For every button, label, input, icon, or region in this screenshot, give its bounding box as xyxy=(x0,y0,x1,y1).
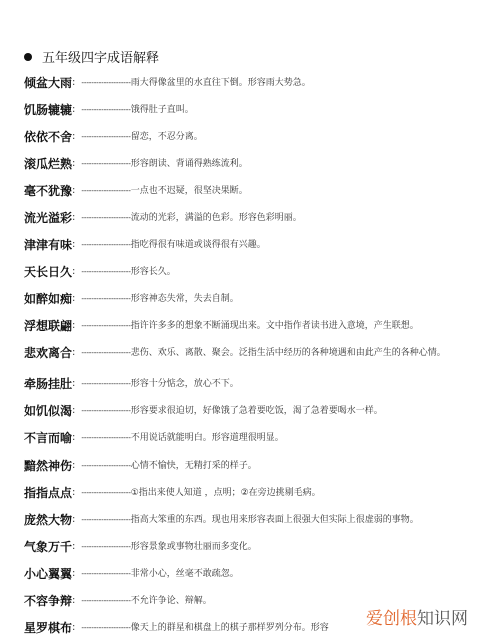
idiom-definition: 雨大得像盆里的水直往下倒。形容雨大势急。 xyxy=(131,75,311,91)
idiom-term: 流光溢彩 xyxy=(24,210,72,226)
dash-leader: -------------------- xyxy=(81,318,130,334)
dash-leader: -------------------- xyxy=(81,430,130,446)
dash-leader: -------------------- xyxy=(81,458,130,474)
idiom-term: 星罗棋布 xyxy=(24,620,72,636)
idiom-entry: 星罗棋布:--------------------像天上的群星和棋盘上的棋子那样… xyxy=(24,620,329,636)
idiom-definition: 形容要求很迫切，好像饿了急着要吃饭，渴了急着要喝水一样。 xyxy=(131,403,383,419)
dash-leader: -------------------- xyxy=(81,345,130,361)
idiom-entry: 天长日久:--------------------形容长久。 xyxy=(24,264,176,280)
idiom-definition: 不允许争论、辩解。 xyxy=(131,593,212,609)
document-page: 五年级四字成语解释 倾盆大雨:--------------------雨大得像盆… xyxy=(0,0,500,636)
dash-leader: -------------------- xyxy=(81,620,130,636)
watermark: 爱创根知识网 xyxy=(364,604,470,629)
idiom-entry: 不容争辩:--------------------不允许争论、辩解。 xyxy=(24,593,212,609)
dash-leader: -------------------- xyxy=(81,403,130,419)
idiom-term: 津津有味 xyxy=(24,237,72,253)
separator: : xyxy=(72,458,75,474)
idiom-term: 不言而喻 xyxy=(24,430,72,446)
dash-leader: -------------------- xyxy=(81,291,130,307)
separator: : xyxy=(72,75,75,91)
dash-leader: -------------------- xyxy=(81,129,130,145)
dash-leader: -------------------- xyxy=(81,102,130,118)
idiom-definition: 形容长久。 xyxy=(131,264,176,280)
separator: : xyxy=(72,183,75,199)
idiom-entry: 流光溢彩:--------------------流动的光彩，满溢的色彩。形容色… xyxy=(24,210,302,226)
idiom-entry: 黯然神伤:--------------------心情不愉快，无精打采的样子。 xyxy=(24,458,257,474)
dash-leader: -------------------- xyxy=(81,539,130,555)
idiom-definition: 指吃得很有味道或谈得很有兴趣。 xyxy=(131,237,266,253)
separator: : xyxy=(72,512,75,528)
section-heading: 五年级四字成语解释 xyxy=(24,47,159,66)
idiom-term: 滚瓜烂熟 xyxy=(24,156,72,172)
idiom-term: 悲欢离合 xyxy=(24,345,72,361)
idiom-term: 依依不舍 xyxy=(24,129,72,145)
dash-leader: -------------------- xyxy=(81,376,130,392)
idiom-definition: 留恋，不忍分离。 xyxy=(131,129,203,145)
dash-leader: -------------------- xyxy=(81,593,130,609)
separator: : xyxy=(72,430,75,446)
separator: : xyxy=(72,539,75,555)
idiom-definition: 一点也不迟疑，很坚决果断。 xyxy=(131,183,248,199)
idiom-definition: 非常小心，丝毫不敢疏忽。 xyxy=(131,566,239,582)
idiom-definition: 指高大笨重的东西。现也用来形容表面上很强大但实际上很虚弱的事物。 xyxy=(131,512,419,528)
idiom-entry: 庞然大物:--------------------指高大笨重的东西。现也用来形容… xyxy=(24,512,419,528)
separator: : xyxy=(72,485,75,501)
idiom-entry: 倾盆大雨:--------------------雨大得像盆里的水直往下倒。形容… xyxy=(24,75,311,91)
idiom-entry: 小心翼翼:--------------------非常小心，丝毫不敢疏忽。 xyxy=(24,566,239,582)
idiom-entry: 悲欢离合:--------------------悲伤、欢乐、离散、聚会。泛指生… xyxy=(24,345,461,364)
idiom-entry: 浮想联翩:--------------------指许许多多的想象不断涌现出来。… xyxy=(24,318,419,334)
idiom-term: 倾盆大雨 xyxy=(24,75,72,91)
dash-leader: -------------------- xyxy=(81,485,130,501)
dash-leader: -------------------- xyxy=(81,512,130,528)
idiom-entry: 不言而喻:--------------------不用说话就能明白。形容道理很明… xyxy=(24,430,284,446)
idiom-definition: 像天上的群星和棋盘上的棋子那样罗列分布。形容 xyxy=(131,620,329,636)
dash-leader: -------------------- xyxy=(81,156,130,172)
idiom-term: 天长日久 xyxy=(24,264,72,280)
idiom-entry: 牵肠挂肚:--------------------形容十分惦念，放心不下。 xyxy=(24,376,239,392)
separator: : xyxy=(72,129,75,145)
idiom-term: 气象万千 xyxy=(24,539,72,555)
separator: : xyxy=(72,593,75,609)
idiom-term: 不容争辩 xyxy=(24,593,72,609)
separator: : xyxy=(72,210,75,226)
idiom-definition: ①指出来使人知道 ，点明；②在旁边挑剔毛病。 xyxy=(131,485,321,501)
idiom-entry: 如醉如痴:--------------------形容神态失常，失去自制。 xyxy=(24,291,239,307)
separator: : xyxy=(72,318,75,334)
idiom-entry: 指指点点:--------------------①指出来使人知道 ，点明；②在… xyxy=(24,485,321,501)
idiom-entry: 气象万千:--------------------形容景象或事物壮丽而多变化。 xyxy=(24,539,257,555)
idiom-term: 庞然大物 xyxy=(24,512,72,528)
idiom-entry: 如饥似渴:--------------------形容要求很迫切，好像饿了急着要… xyxy=(24,403,383,419)
dash-leader: -------------------- xyxy=(81,210,130,226)
idiom-entry: 滚瓜烂熟:--------------------形容朗读、背诵得熟练流利。 xyxy=(24,156,248,172)
idiom-term: 如醉如痴 xyxy=(24,291,72,307)
watermark-part1: 爱创根 xyxy=(366,609,417,629)
dash-leader: -------------------- xyxy=(81,183,130,199)
idiom-definition: 形容朗读、背诵得熟练流利。 xyxy=(131,156,248,172)
idiom-term: 浮想联翩 xyxy=(24,318,72,334)
idiom-definition: 饿得肚子直叫。 xyxy=(131,102,194,118)
idiom-entry: 毫不犹豫:--------------------一点也不迟疑，很坚决果断。 xyxy=(24,183,248,199)
bullet-icon xyxy=(24,53,32,61)
idiom-definition: 形容神态失常，失去自制。 xyxy=(131,291,239,307)
dash-leader: -------------------- xyxy=(81,237,130,253)
separator: : xyxy=(72,156,75,172)
idiom-entry: 津津有味:--------------------指吃得很有味道或谈得很有兴趣。 xyxy=(24,237,266,253)
separator: : xyxy=(72,376,75,392)
watermark-part2: 知识网 xyxy=(417,609,468,629)
dash-leader: -------------------- xyxy=(81,75,130,91)
idiom-term: 黯然神伤 xyxy=(24,458,72,474)
separator: : xyxy=(72,566,75,582)
idiom-definition: 悲伤、欢乐、离散、聚会。泛指生活中经历的各种境遇和由此产生的各种心情。 xyxy=(131,343,461,364)
idiom-term: 牵肠挂肚 xyxy=(24,376,72,392)
idiom-definition: 心情不愉快，无精打采的样子。 xyxy=(131,458,257,474)
separator: : xyxy=(72,102,75,118)
separator: : xyxy=(72,291,75,307)
idiom-term: 如饥似渴 xyxy=(24,403,72,419)
separator: : xyxy=(72,403,75,419)
idiom-definition: 流动的光彩，满溢的色彩。形容色彩明丽。 xyxy=(131,210,302,226)
heading-text: 五年级四字成语解释 xyxy=(42,47,159,66)
idiom-term: 毫不犹豫 xyxy=(24,183,72,199)
idiom-definition: 形容景象或事物壮丽而多变化。 xyxy=(131,539,257,555)
idiom-term: 小心翼翼 xyxy=(24,566,72,582)
idiom-definition: 指许许多多的想象不断涌现出来。文中指作者读书进入意境，产生联想。 xyxy=(131,318,419,334)
separator: : xyxy=(72,264,75,280)
idiom-entry: 依依不舍:--------------------留恋，不忍分离。 xyxy=(24,129,203,145)
idiom-term: 指指点点 xyxy=(24,485,72,501)
idiom-definition: 形容十分惦念，放心不下。 xyxy=(131,376,239,392)
dash-leader: -------------------- xyxy=(81,264,130,280)
idiom-term: 饥肠辘辘 xyxy=(24,102,72,118)
separator: : xyxy=(72,237,75,253)
idiom-entry: 饥肠辘辘:--------------------饿得肚子直叫。 xyxy=(24,102,194,118)
idiom-definition: 不用说话就能明白。形容道理很明显。 xyxy=(131,430,284,446)
separator: : xyxy=(72,345,75,361)
dash-leader: -------------------- xyxy=(81,566,130,582)
separator: : xyxy=(72,620,75,636)
